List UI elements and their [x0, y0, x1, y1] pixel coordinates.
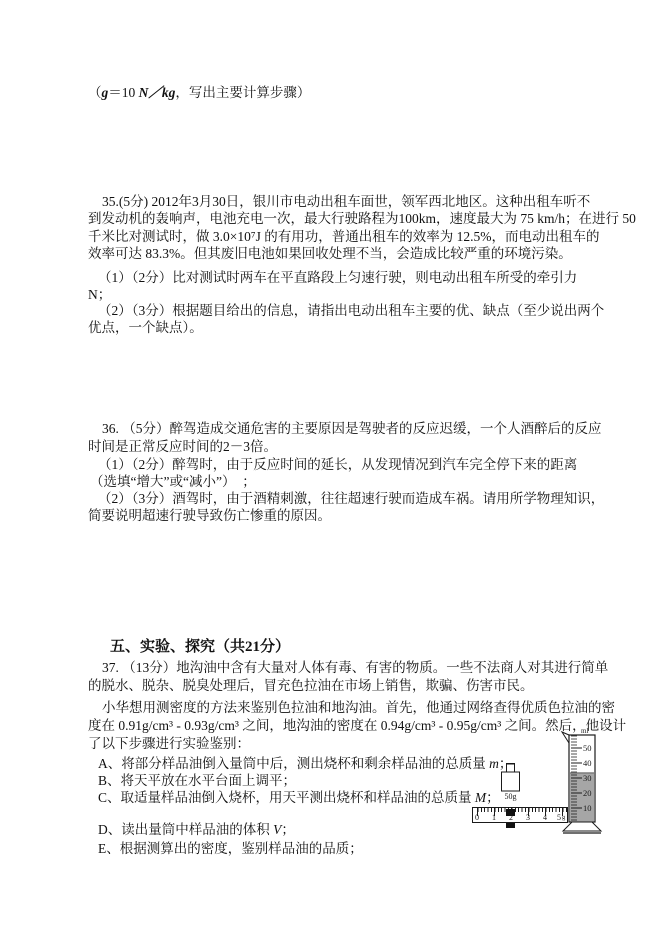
q35-part2-line-2: 优点，一个缺点）。	[88, 319, 588, 336]
q35-part2-line-1: （2）（3分）根据题目给出的信息，请指出电动出租车主要的优、缺点（至少说出两个	[88, 302, 598, 319]
cylinder-base	[563, 822, 601, 831]
formula-note: （g＝10 N／kg，写出主要计算步骤）	[88, 84, 588, 101]
step-c-variable-M: M	[475, 790, 486, 805]
q35-part1-line-1: （1）（2分）比对测试时两车在平直路段上匀速行驶，则电动出租车所受的牵引力	[88, 269, 598, 286]
q36-part1-line-1: （1）（2分）醉驾时，由于反应时间的延长，从发现情况到汽车完全停下来的距离	[88, 456, 598, 473]
formula-equals: ＝10	[108, 85, 138, 100]
cylinder-label-50: 50	[583, 743, 592, 753]
formula-rest: ，写出主要计算步骤）	[175, 85, 310, 100]
beam-label-4: 4	[543, 813, 547, 823]
q35-part1-answer-unit: N；	[88, 286, 588, 303]
cylinder-label-10: 10	[583, 803, 592, 813]
q35-text-line-4: 效率可达 83.3%。但其废旧电池如果回收处理不当，会造成比较严重的环境污染。	[88, 245, 588, 262]
beam-label-0: 0	[475, 813, 479, 823]
weight-50g-figure: 50g	[498, 762, 526, 802]
cylinder-label-20: 20	[583, 788, 592, 798]
q36-part1-line-2: （选填“增大”或“减小”） ；	[88, 473, 590, 490]
formula-unit: N／kg	[139, 85, 176, 100]
q36-part2-line-1: （2）（3分）酒驾时，由于酒精刺激，往往超速行驶而造成车祸。请用所学物理知识，	[88, 490, 598, 507]
graduated-cylinder-figure: ml 50 40 30 20 10	[560, 726, 660, 842]
formula-open: （	[88, 85, 102, 100]
q37-text-line-3: 小华想用测密度的方法来鉴别色拉油和地沟油。首先，他通过网络查得优质色拉油的密	[88, 699, 602, 716]
q35-text-line-2: 到发动机的轰响声，电池充电一次，最大行驶路程为100km，速度最大为 75 km…	[88, 210, 588, 227]
weight-body	[502, 772, 520, 791]
q37-text-line-5: 了以下步骤进行实验鉴别：	[88, 735, 588, 752]
q35-text-line-3: 千米比对测试时，做 3.0×10⁷J 的有用功，普通出租车的效率为 12.5%，…	[88, 228, 588, 245]
q37-step-e: E、根据测算出的密度，鉴别样品油的品质；	[88, 840, 598, 857]
cylinder-label-30: 30	[583, 773, 592, 783]
section-5-heading: 五、实验、探究（共21分）	[110, 639, 610, 656]
beam-label-3: 3	[526, 813, 530, 823]
exam-document-page: { "formula": { "open": "（", "g": "g", "e…	[0, 0, 661, 935]
cylinder-spout	[562, 732, 569, 743]
q36-text-line-2: 时间是正常反应时间的2－3倍。	[88, 438, 588, 455]
q37-text-line-1: 37. （13分）地沟油中含有大量对人体有毒、有害的物质。一些不法商人对其进行简…	[88, 659, 602, 676]
balance-beam-scale: 0 1 2 3 4 5 g	[472, 807, 568, 823]
beam-label-1: 1	[492, 813, 496, 823]
rider-pointer	[506, 823, 515, 828]
step-d-punct: ；	[281, 822, 295, 837]
q37-text-line-4: 度在 0.91g/cm³ - 0.93g/cm³ 之间，地沟油的密度在 0.94…	[88, 717, 588, 734]
q37-step-d: D、读出量筒中样品油的体积 V；	[88, 821, 598, 838]
cylinder-unit-label: ml	[581, 727, 588, 735]
q37-text-line-2: 的脱水、脱杂、脱臭处理后，冒充色拉油在市场上销售，欺骗、伤害市民。	[88, 677, 588, 694]
step-a-text: A、将部分样品油倒入量筒中后，测出烧杯和剩余样品油的总质量	[98, 756, 489, 771]
beam-label-2: 2	[509, 813, 513, 823]
q36-part2-line-2: 简要说明超速行驶导致伤亡惨重的原因。	[88, 507, 588, 524]
beam-major-ticks	[473, 808, 567, 816]
cylinder-label-40: 40	[583, 758, 592, 768]
weight-mass-label: 50g	[505, 792, 517, 801]
q35-text-line-1: 35.(5分) 2012年3月30日，银川市电动出租车面世，领军西北地区。这种出…	[88, 193, 602, 210]
weight-knob	[507, 764, 515, 772]
step-c-text: C、取适量样品油倒入烧杯，用天平测出烧杯和样品油的总质量	[98, 790, 475, 805]
step-d-text: D、读出量筒中样品油的体积	[98, 822, 273, 837]
q36-text-line-1: 36. （5分）醉驾造成交通危害的主要原因是驾驶者的反应迟缓，一个人酒醉后的反应	[88, 420, 602, 437]
